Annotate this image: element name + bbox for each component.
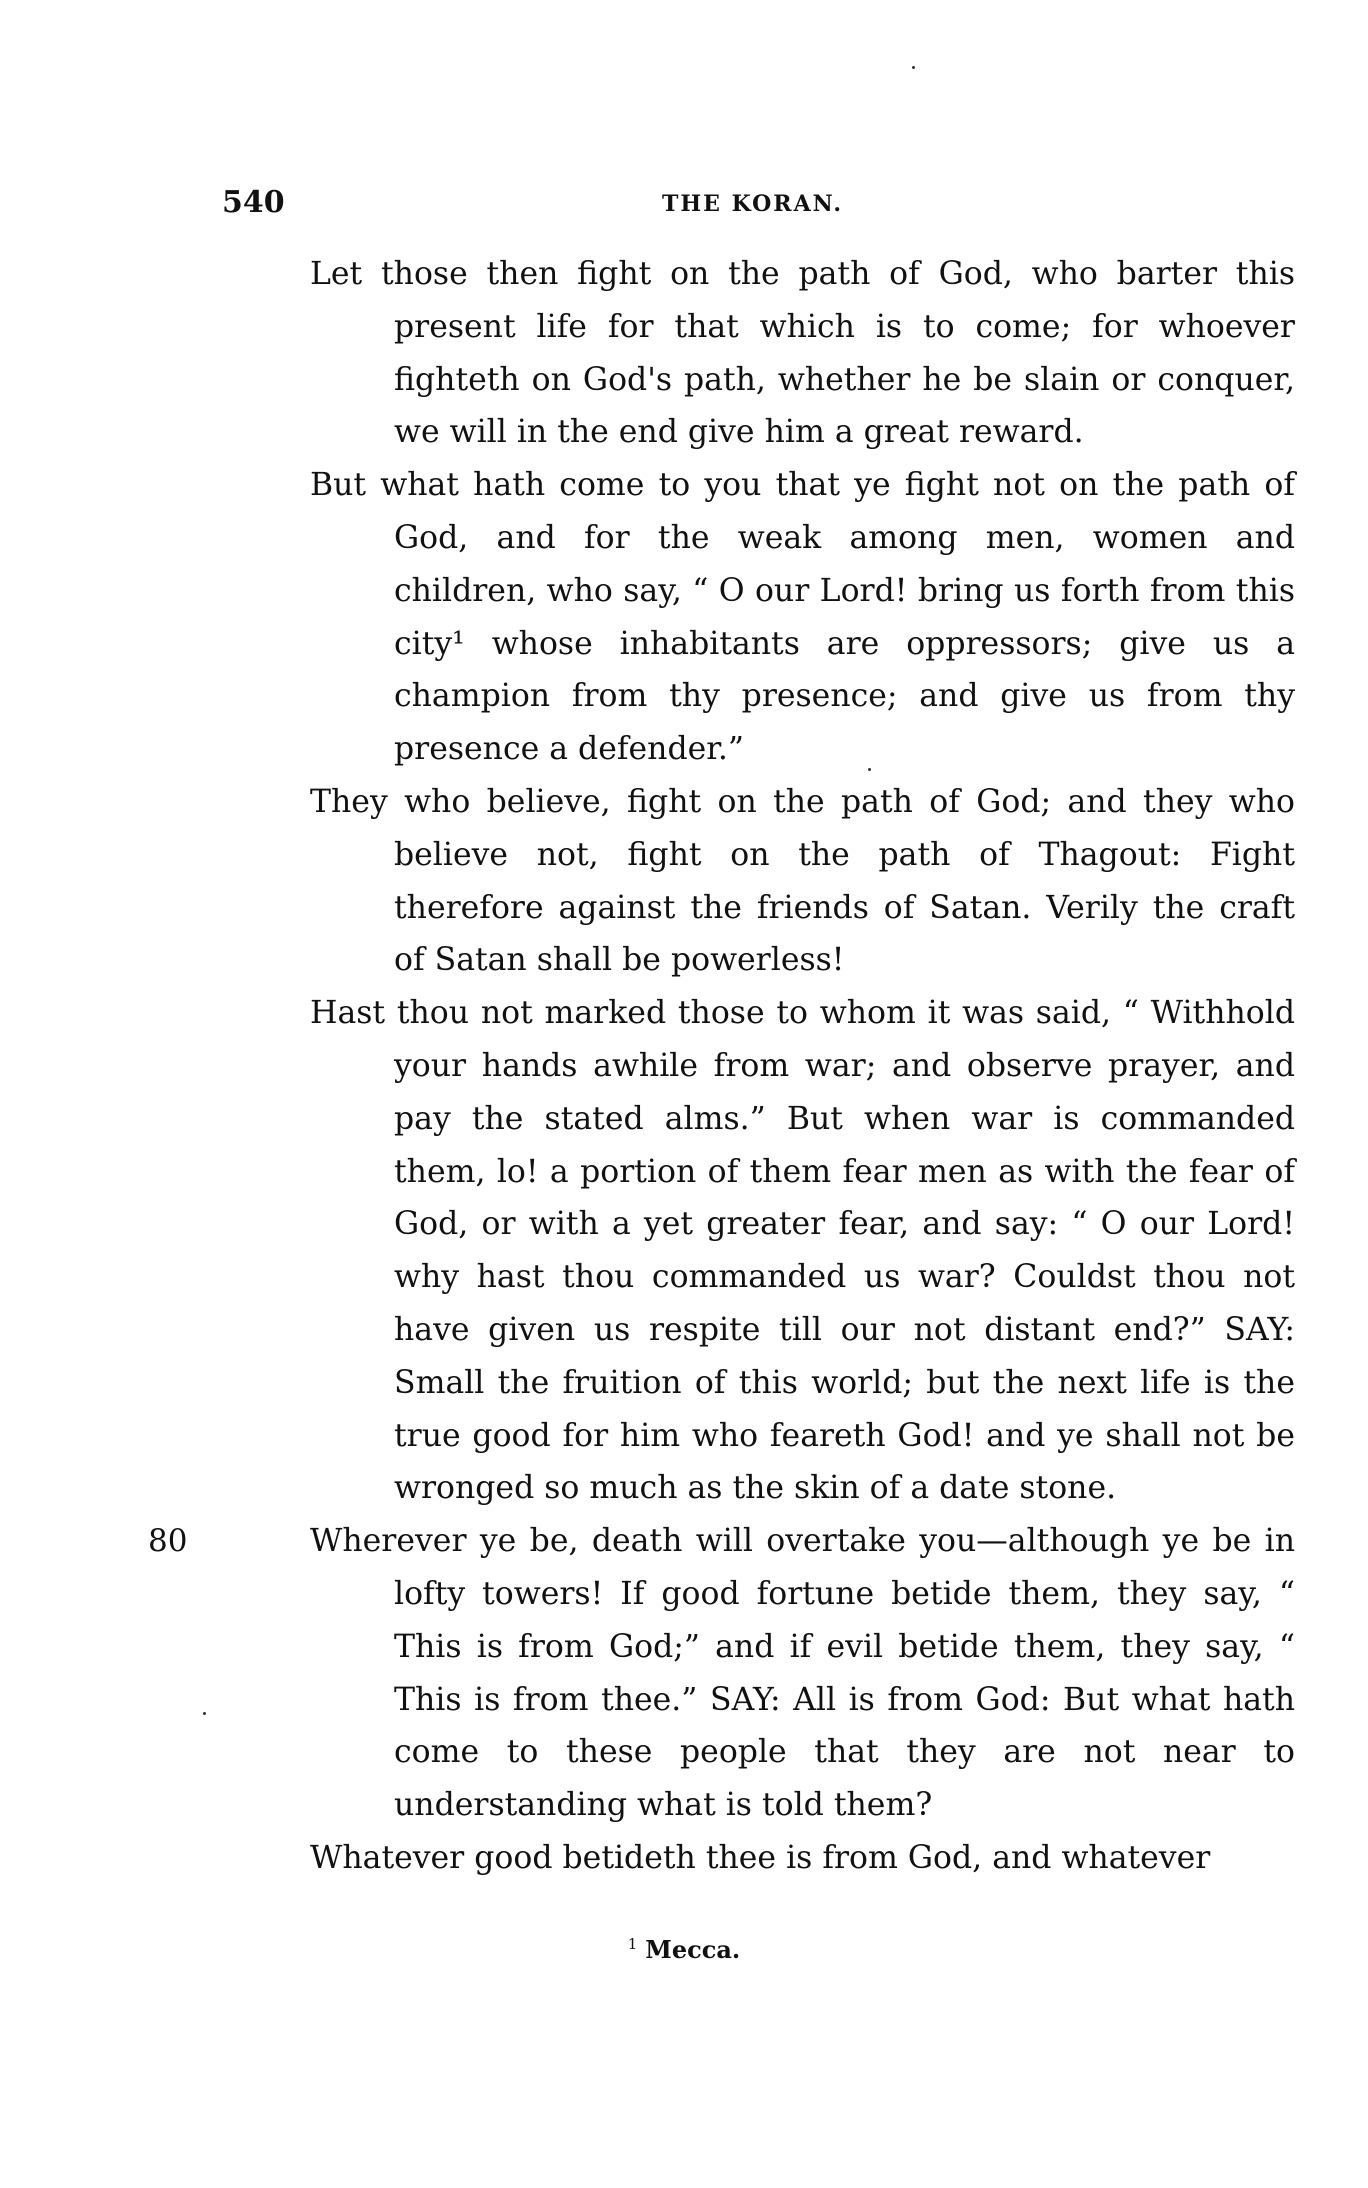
scan-speck [912,66,915,69]
paragraph: Whatever good betideth thee is from God,… [310,1832,1295,1885]
page-header: 540 THE KORAN. [222,185,1282,225]
paragraph: Hast thou not marked those to whom it wa… [310,987,1295,1515]
page-number: 540 [222,185,285,220]
paragraph: They who believe, fight on the path of G… [310,776,1295,987]
paragraph-text: They who believe, fight on the path of G… [310,784,1295,978]
paragraph-text: Let those then fight on the path of God,… [310,256,1295,450]
paragraph: But what hath come to you that ye fight … [310,459,1295,776]
paragraph: Let those then fight on the path of God,… [310,248,1295,459]
paragraph-text: But what hath come to you that ye fight … [310,467,1295,767]
paragraph: 80Wherever ye be, death will overtake yo… [310,1515,1295,1832]
scan-speck [203,1712,206,1715]
paragraph-text: Wherever ye be, death will overtake you—… [310,1523,1295,1823]
footnote-marker: 1 [628,1935,638,1953]
paragraph-text: Hast thou not marked those to whom it wa… [310,995,1295,1506]
footnote: 1Mecca. [0,1935,1368,1964]
paragraph-text: Whatever good betideth thee is from God,… [310,1840,1210,1876]
page-body: Let those then fight on the path of God,… [310,248,1295,1885]
running-head: THE KORAN. [662,191,843,217]
footnote-text: Mecca. [645,1935,740,1964]
